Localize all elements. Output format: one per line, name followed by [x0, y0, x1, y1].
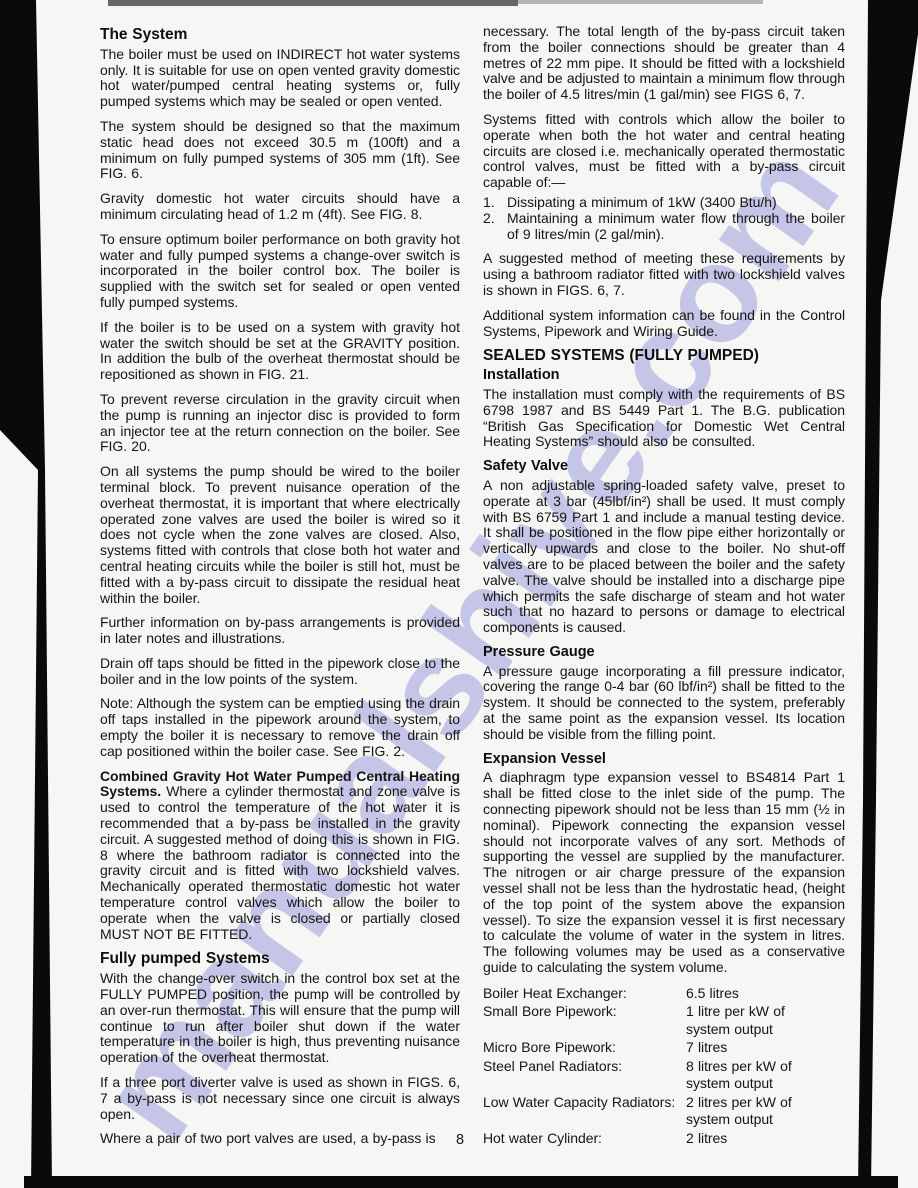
table-row: Boiler Heat Exchanger: 6.5 litres: [483, 985, 845, 1003]
paragraph: With the change-over switch in the contr…: [100, 971, 460, 1066]
table-row: Low Water Capacity Radiators: 2 litres p…: [483, 1094, 845, 1129]
row-value: 6.5 litres: [686, 985, 824, 1003]
right-column: necessary. The total length of the by-pa…: [483, 24, 845, 1148]
bottom-edge-bar: [24, 1176, 898, 1188]
heading-fully-pumped-systems: Fully pumped Systems: [100, 951, 460, 967]
paragraph: The system should be designed so that th…: [100, 119, 460, 182]
row-label: Low Water Capacity Radiators:: [483, 1094, 686, 1129]
left-column: The System The boiler must be used on IN…: [100, 24, 460, 1156]
table-row: Small Bore Pipework: 1 litre per kW of s…: [483, 1003, 845, 1038]
paragraph: If the boiler is to be used on a system …: [100, 320, 460, 383]
paragraph: A suggested method of meeting these requ…: [483, 251, 845, 298]
paragraph: Additional system information can be fou…: [483, 308, 845, 340]
paragraph-body-text: Where a cylinder thermostat and zone val…: [100, 783, 460, 941]
row-value: 2 litres: [686, 1130, 824, 1148]
paragraph: Where a pair of two port valves are used…: [100, 1131, 460, 1147]
numbered-list: 1. Dissipating a minimum of 1kW (3400 Bt…: [483, 195, 845, 242]
top-edge-smudge: [108, 0, 518, 6]
paragraph: Further information on by-pass arrangeme…: [100, 615, 460, 647]
paragraph: Drain off taps should be fitted in the p…: [100, 656, 460, 688]
paragraph: A pressure gauge incorporating a fill pr…: [483, 664, 845, 743]
paragraph: Gravity domestic hot water circuits shou…: [100, 191, 460, 223]
list-item-text: Maintaining a minimum water flow through…: [507, 211, 845, 243]
page-number: 8: [448, 1132, 472, 1148]
row-value: 7 litres: [686, 1039, 824, 1057]
paragraph: If a three port diverter valve is used a…: [100, 1075, 460, 1122]
table-row: Micro Bore Pipework: 7 litres: [483, 1039, 845, 1057]
right-edge-bar: [858, 0, 918, 1188]
paragraph: To ensure optimum boiler performance on …: [100, 232, 460, 311]
heading-pressure-gauge: Pressure Gauge: [483, 645, 845, 661]
row-value: 2 litres per kW of system output: [686, 1094, 824, 1129]
list-item-text: Dissipating a minimum of 1kW (3400 Btu/h…: [507, 195, 845, 211]
heading-expansion-vessel: Expansion Vessel: [483, 752, 845, 768]
list-item: 2. Maintaining a minimum water flow thro…: [483, 211, 845, 243]
system-volume-table: Boiler Heat Exchanger: 6.5 litres Small …: [483, 985, 845, 1148]
left-edge-bar: [0, 0, 52, 1188]
row-label: Micro Bore Pipework:: [483, 1039, 686, 1057]
paragraph: The boiler must be used on INDIRECT hot …: [100, 47, 460, 110]
paragraph-note: Note: Although the system can be emptied…: [100, 696, 460, 759]
paragraph: necessary. The total length of the by-pa…: [483, 24, 845, 103]
paragraph: Systems fitted with controls which allow…: [483, 112, 845, 191]
row-label: Hot water Cylinder:: [483, 1130, 686, 1148]
list-item-number: 2.: [483, 211, 507, 243]
paragraph: A non adjustable spring-loaded safety va…: [483, 478, 845, 636]
row-value: 1 litre per kW of system output: [686, 1003, 824, 1038]
paragraph-combined-gravity: Combined Gravity Hot Water Pumped Centra…: [100, 769, 460, 943]
row-label: Steel Panel Radiators:: [483, 1058, 686, 1093]
paragraph: The installation must comply with the re…: [483, 387, 845, 450]
table-row: Steel Panel Radiators: 8 litres per kW o…: [483, 1058, 845, 1093]
row-value: 8 litres per kW of system output: [686, 1058, 824, 1093]
paragraph: To prevent reverse circulation in the gr…: [100, 392, 460, 455]
heading-installation: Installation: [483, 368, 845, 384]
row-label: Boiler Heat Exchanger:: [483, 985, 686, 1003]
scanned-manual-page: manualshive.com The System The boiler mu…: [0, 0, 918, 1188]
paragraph: A diaphragm type expansion vessel to BS4…: [483, 770, 845, 975]
list-item: 1. Dissipating a minimum of 1kW (3400 Bt…: [483, 195, 845, 211]
heading-safety-valve: Safety Valve: [483, 459, 845, 475]
table-row: Hot water Cylinder: 2 litres: [483, 1130, 845, 1148]
heading-sealed-systems: SEALED SYSTEMS (FULLY PUMPED): [483, 348, 845, 364]
paragraph: On all systems the pump should be wired …: [100, 464, 460, 606]
list-item-number: 1.: [483, 195, 507, 211]
row-label: Small Bore Pipework:: [483, 1003, 686, 1038]
heading-the-system: The System: [100, 27, 460, 43]
top-edge-smudge: [518, 0, 763, 4]
